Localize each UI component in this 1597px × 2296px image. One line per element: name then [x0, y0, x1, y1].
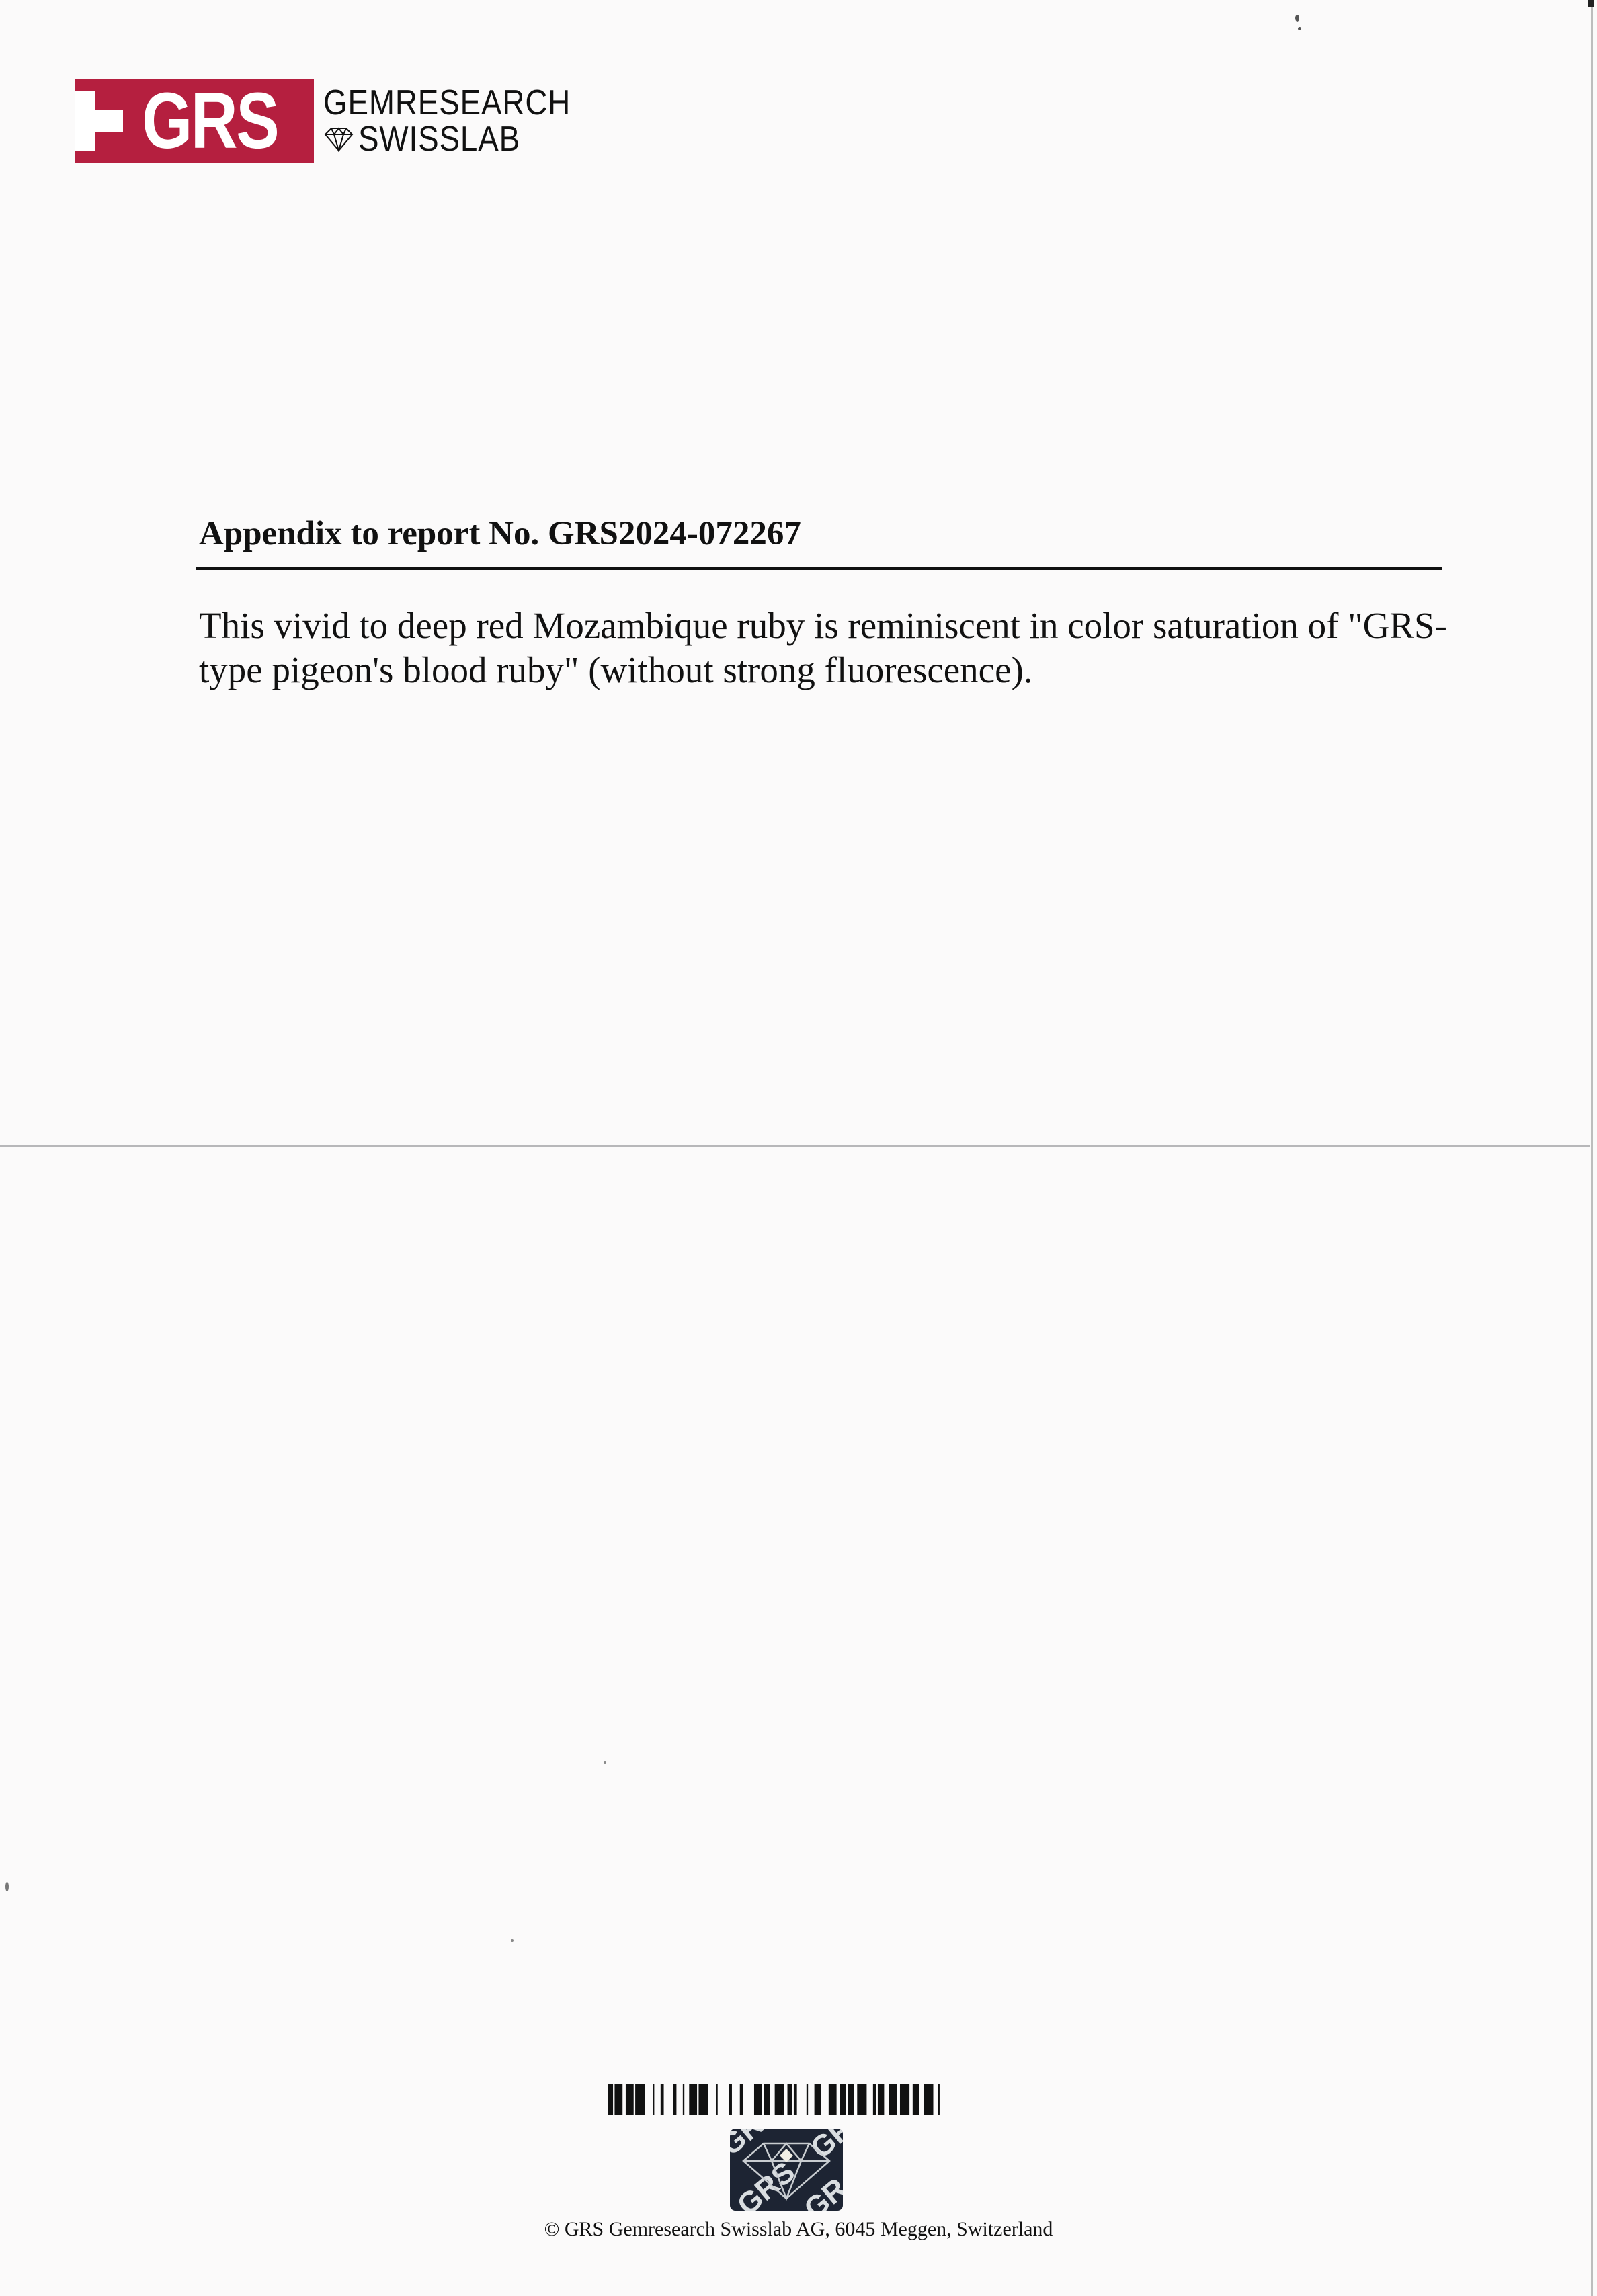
appendix-body: This vivid to deep red Mozambique ruby i…	[199, 604, 1463, 692]
logo-mark: GRS	[75, 79, 314, 163]
paper-edge	[1591, 0, 1593, 2296]
grs-logo: GRS GEMRESEARCH SWISSLAB	[75, 79, 604, 163]
svg-text:GRS: GRS	[731, 2156, 802, 2211]
swiss-cross-arm	[75, 110, 123, 132]
logo-wordmark: GEMRESEARCH SWISSLAB	[323, 85, 604, 157]
svg-text:GR: GR	[798, 2172, 843, 2211]
svg-text:GR: GR	[805, 2129, 843, 2165]
footer-copyright: © GRS Gemresearch Swisslab AG, 6045 Megg…	[0, 2218, 1597, 2241]
barcode-icon	[608, 2084, 944, 2115]
fold-line	[0, 1145, 1590, 1147]
grs-hologram-seal-icon: GR GR GRS GR	[730, 2129, 843, 2211]
logo-line-swisslab: SWISSLAB	[358, 121, 520, 157]
diamond-icon	[323, 126, 354, 152]
logo-line-swisslab-row: SWISSLAB	[323, 121, 604, 157]
appendix-title: Appendix to report No. GRS2024-072267	[199, 514, 801, 553]
logo-mark-text: GRS	[142, 81, 278, 161]
logo-line-gemresearch: GEMRESEARCH	[323, 85, 571, 121]
title-divider	[196, 567, 1442, 570]
scan-corner	[1588, 0, 1594, 7]
